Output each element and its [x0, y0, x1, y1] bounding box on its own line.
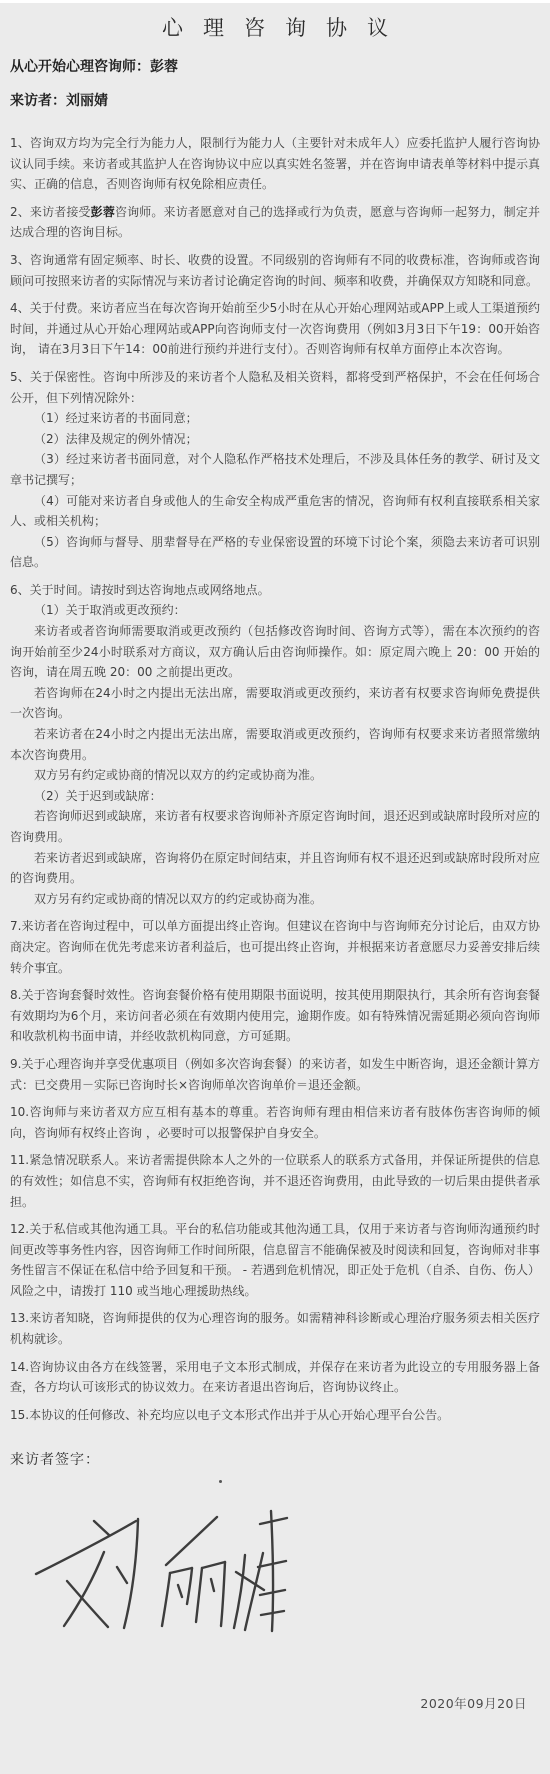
paragraph: 11.紧急情况联系人。来访者需提供除本人之外的一位联系人的联系方式备用，并保证所…: [10, 1150, 540, 1212]
paragraph: 3、咨询通常有固定频率、时长、收费的设置。不同级别的咨询师有不同的收费标准，咨询…: [10, 250, 540, 291]
paragraph: 若咨询师迟到或缺席，来访者有权要求咨询师补齐原定咨询时间，退还迟到或缺席时段所对…: [10, 806, 540, 847]
paragraph: 13.来访者知晓，咨询师提供的仅为心理咨询的服务。如需精神科诊断或心理治疗服务须…: [10, 1308, 540, 1349]
paragraph: 7.来访者在咨询过程中，可以单方面提出终止咨询。但建议在咨询中与咨询师充分讨论后…: [10, 916, 540, 978]
paragraph: 5、关于保密性。咨询中所涉及的来访者个人隐私及相关资料，都将受到严格保护，不会在…: [10, 367, 540, 408]
paragraph: 4、关于付费。来访者应当在每次咨询开始前至少5小时在从心开始心理网站或APP上或…: [10, 298, 540, 360]
agreement-body: 1、咨询双方均为完全行为能力人，限制行为能力人（主要针对未成年人）应委托监护人履…: [10, 126, 540, 1462]
paragraph: 若来访者迟到或缺席，咨询将仍在原定时间结束，并且咨询师有权不退还迟到或缺席时段所…: [10, 848, 540, 889]
counselor-line: 从心开始心理咨询师：彭蓉: [10, 58, 540, 77]
paragraph: 双方另有约定或协商的情况以双方的约定或协商为准。: [10, 765, 540, 786]
paragraph: （1）关于取消或更改预约：: [10, 600, 540, 621]
paragraph: （1）经过来访者的书面同意；: [10, 408, 540, 429]
paragraph: 8.关于咨询套餐时效性。咨询套餐价格有使用期限书面说明，按其使用期限执行，其余所…: [10, 985, 540, 1047]
paragraph: 双方另有约定或协商的情况以双方的约定或协商为准。: [10, 889, 540, 910]
signature-label: 来访者签字：: [10, 1449, 100, 1469]
paragraph: 15.本协议的任何修改、补充均应以电子文本形式作出并于从心开始心理平台公告。: [10, 1405, 540, 1426]
paragraph: （2）关于迟到或缺席：: [10, 786, 540, 807]
paragraph: 6、关于时间。请按时到达咨询地点或网络地点。: [10, 580, 540, 601]
paragraph: 12.关于私信或其他沟通工具。平台的私信功能或其他沟通工具，仅用于来访者与咨询师…: [10, 1219, 540, 1301]
paragraph: 2、来访者接受彭蓉咨询师。来访者愿意对自己的选择或行为负责，愿意与咨询师一起努力…: [10, 202, 540, 243]
paragraph: （4）可能对来访者自身或他人的生命安全构成严重危害的情况，咨询师有权利直接联系相…: [10, 491, 540, 532]
paragraph: 10.咨询师与来访者双方应互相有基本的尊重。若咨询师有理由相信来访者有肢体伤害咨…: [10, 1102, 540, 1143]
agreement-date: 2020年09月20日: [420, 1694, 527, 1712]
paragraph: （2）法律及规定的例外情况；: [10, 429, 540, 450]
top-divider: [0, 0, 550, 3]
paragraph: 若咨询师在24小时之内提出无法出席，需要取消或更改预约，来访者有权要求咨询师免费…: [10, 683, 540, 724]
signature-drawing: [20, 1495, 310, 1660]
paragraph: 1、咨询双方均为完全行为能力人，限制行为能力人（主要针对未成年人）应委托监护人履…: [10, 133, 540, 195]
client-line: 来访者：刘丽婧: [10, 92, 540, 111]
signature-area[interactable]: [20, 1478, 320, 1663]
paragraph: （3）经过来访者书面同意，对个人隐私作严格技术处理后，不涉及具体任务的教学、研讨…: [10, 449, 540, 490]
agreement-document: 心理咨询协议 从心开始心理咨询师：彭蓉 来访者：刘丽婧 1、咨询双方均为完全行为…: [0, 0, 550, 1774]
paragraph: 14.咨询协议由各方在线签署，采用电子文本形式制成，并保存在来访者为此设立的专用…: [10, 1357, 540, 1398]
signature-stray-dot: [219, 1480, 222, 1483]
paragraph: 9.关于心理咨询并享受优惠项目（例如多次咨询套餐）的来访者，如发生中断咨询，退还…: [10, 1054, 540, 1095]
paragraph: 若来访者在24小时之内提出无法出席，需要取消或更改预约，咨询师有权要求来访者照常…: [10, 724, 540, 765]
paragraph: （5）咨询师与督导、朋辈督导在严格的专业保密设置的环境下讨论个案，须隐去来访者可…: [10, 532, 540, 573]
paragraph: 来访者或者咨询师需要取消或更改预约（包括修改咨询时间、咨询方式等），需在本次预约…: [10, 621, 540, 683]
page-title: 心理咨询协议: [0, 12, 550, 42]
